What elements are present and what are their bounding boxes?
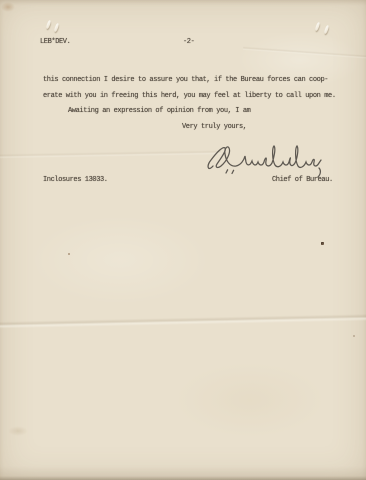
letter-body-line: this connection I desire to assure you t… [43,73,336,89]
fastener-mark [324,25,330,34]
paper-crease [0,149,221,159]
signer-title: Chief of Bureau. [272,176,333,184]
fastener-mark [315,22,321,31]
paper-speck [68,253,70,255]
fastener-mark [54,23,60,32]
fastener-mark [46,20,52,29]
paper-crease [243,46,366,60]
paper-speck [353,335,355,337]
page-number: -2- [183,38,194,46]
enclosures-note: Inclosures 13033. [43,176,108,184]
paper-speck [321,242,324,245]
closing-salutation: Very truly yours, [182,123,247,131]
scanned-letter-page: LEB*DEV. -2- this connection I desire to… [0,0,366,480]
typist-reference-code: LEB*DEV. [40,38,70,46]
letter-body: this connection I desire to assure you t… [43,73,336,120]
paper-fold-crease [0,312,366,329]
letter-body-line: erate with you in freeing this herd, you… [43,89,336,105]
letter-body-line: Awaiting an expression of opinion from y… [43,104,336,120]
